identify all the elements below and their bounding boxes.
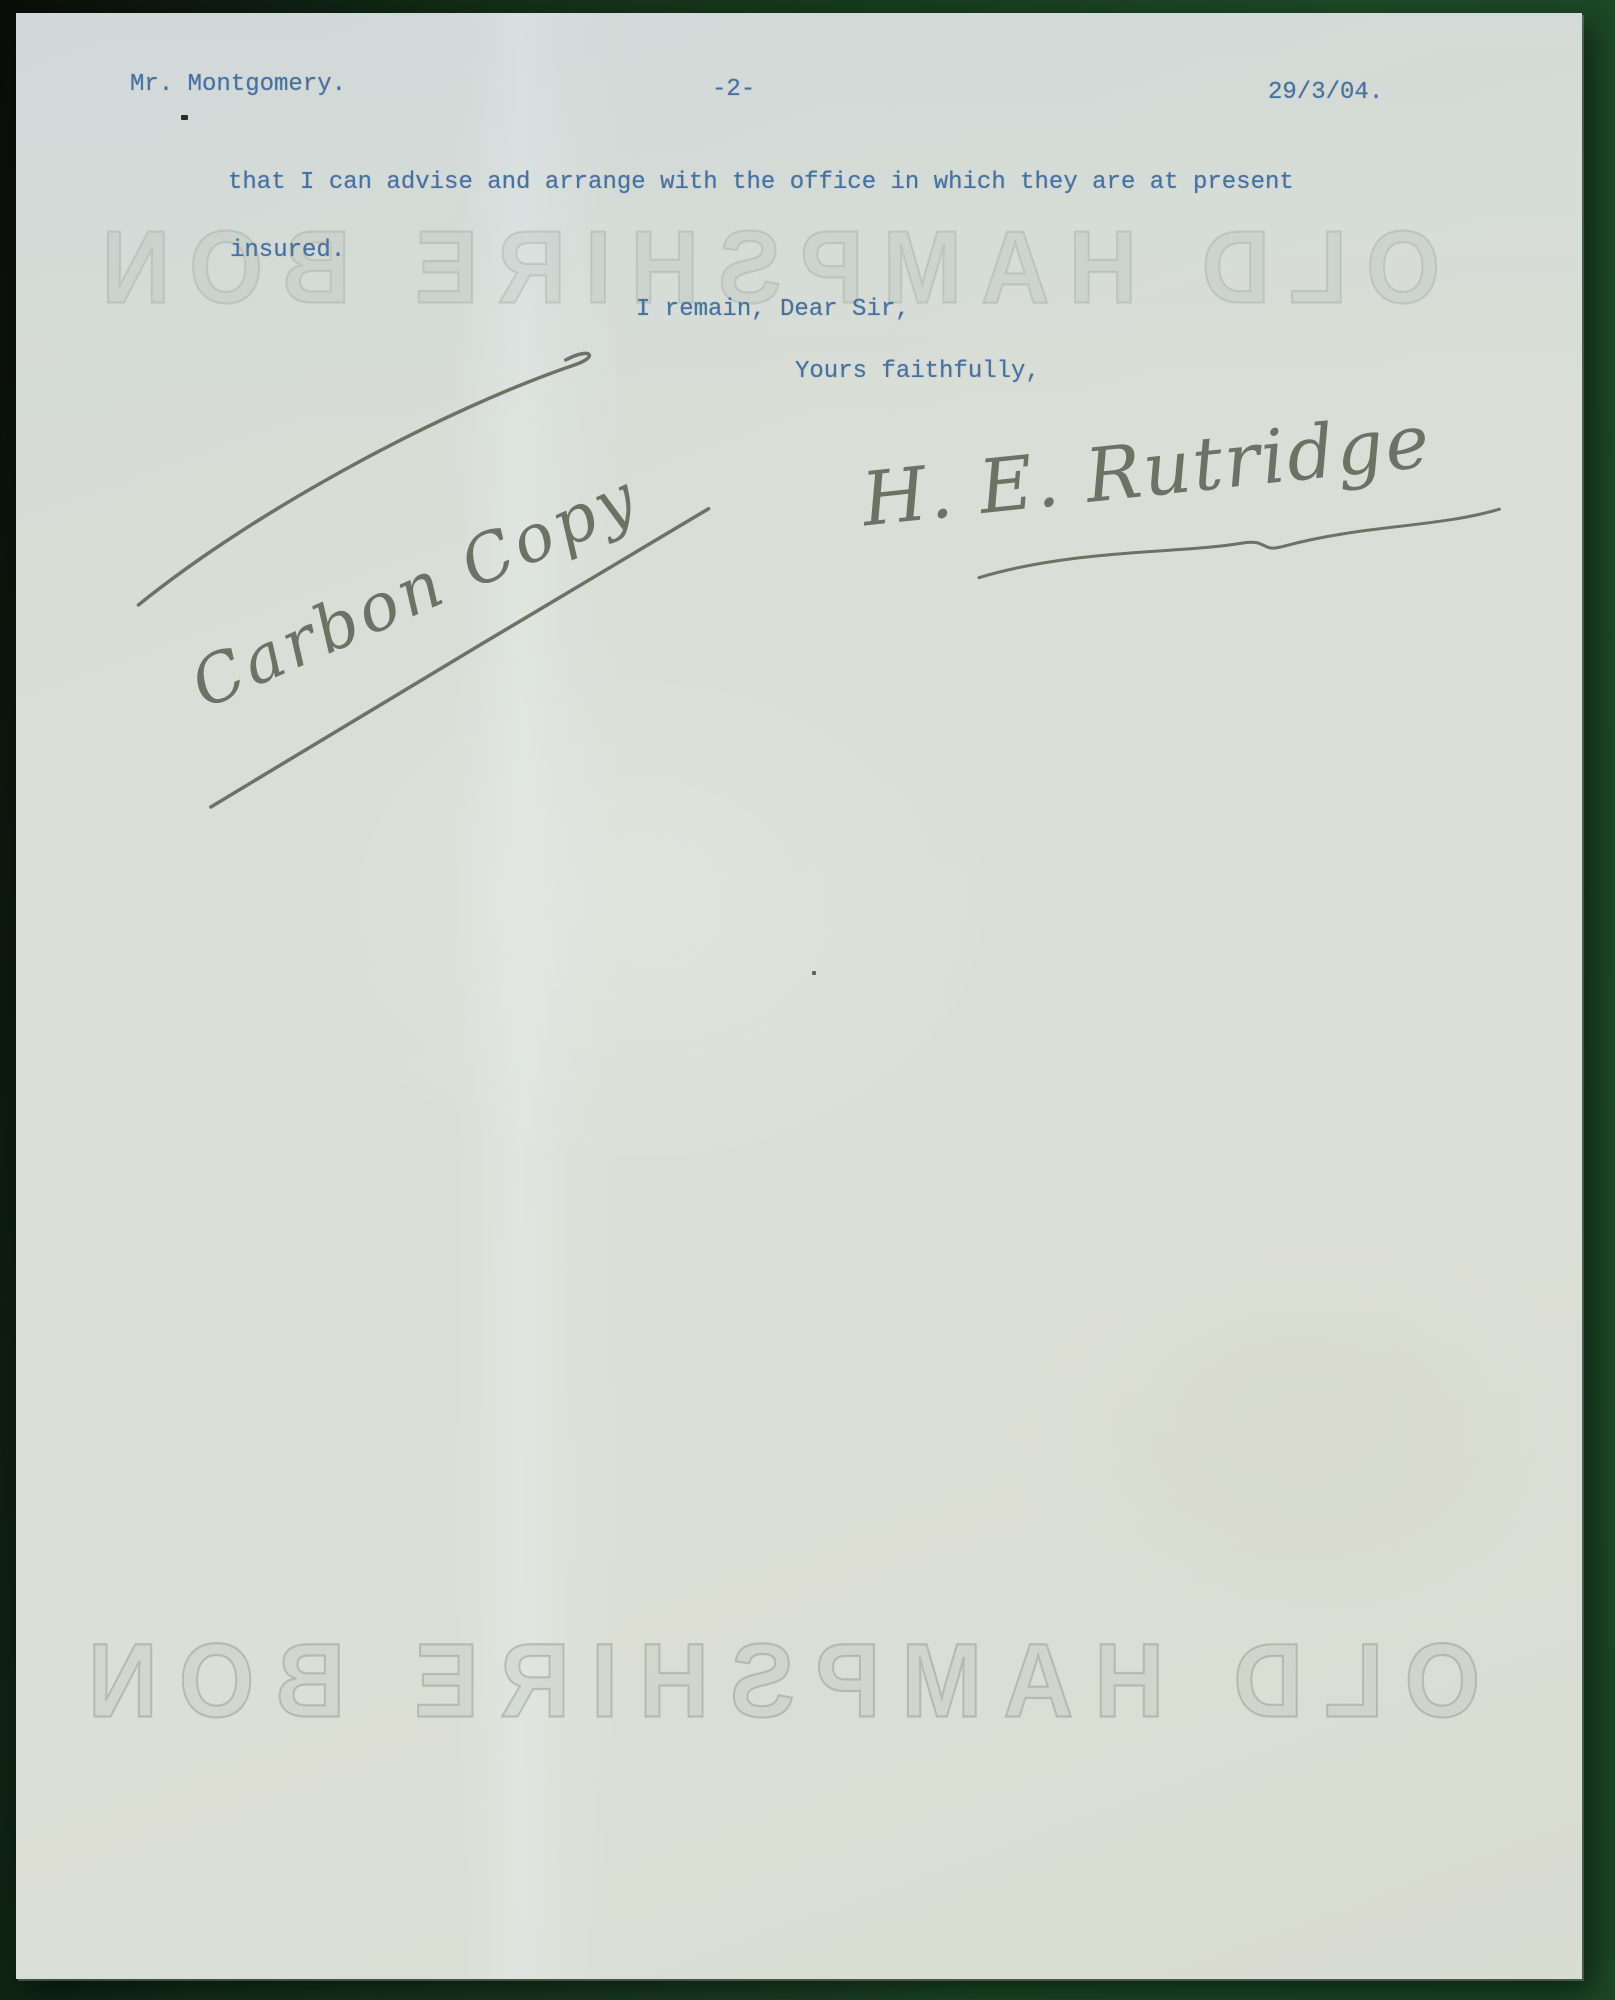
scanned-letter-page: OLD HAMPSHIRE BOND OLD HAMPSHIRE BOND Mr… — [0, 0, 1615, 2000]
carbon-copy-block: Carbon Copy — [79, 298, 766, 838]
header-date: 29/3/04. — [1268, 78, 1383, 108]
ink-speck — [181, 115, 188, 120]
body-line-1: that I can advise and arrange with the o… — [228, 168, 1294, 198]
paper-sheet: OLD HAMPSHIRE BOND OLD HAMPSHIRE BOND Mr… — [16, 13, 1582, 1979]
signature-block: H. E. Rutridge — [840, 372, 1533, 629]
ink-speck — [812, 971, 816, 975]
signature-text: H. E. Rutridge — [856, 398, 1435, 543]
closing-line-1: I remain, Dear Sir, — [636, 295, 910, 325]
closing-line-2: Yours faithfully, — [795, 357, 1040, 387]
carbon-copy-svg: Carbon Copy — [79, 298, 766, 838]
signature-svg: H. E. Rutridge — [840, 372, 1533, 629]
watermark-bottom: OLD HAMPSHIRE BOND — [90, 1615, 1480, 1755]
header-recipient: Mr. Montgomery. — [130, 70, 346, 100]
header-page-number: -2- — [712, 75, 755, 105]
body-line-2: insured. — [230, 236, 345, 266]
